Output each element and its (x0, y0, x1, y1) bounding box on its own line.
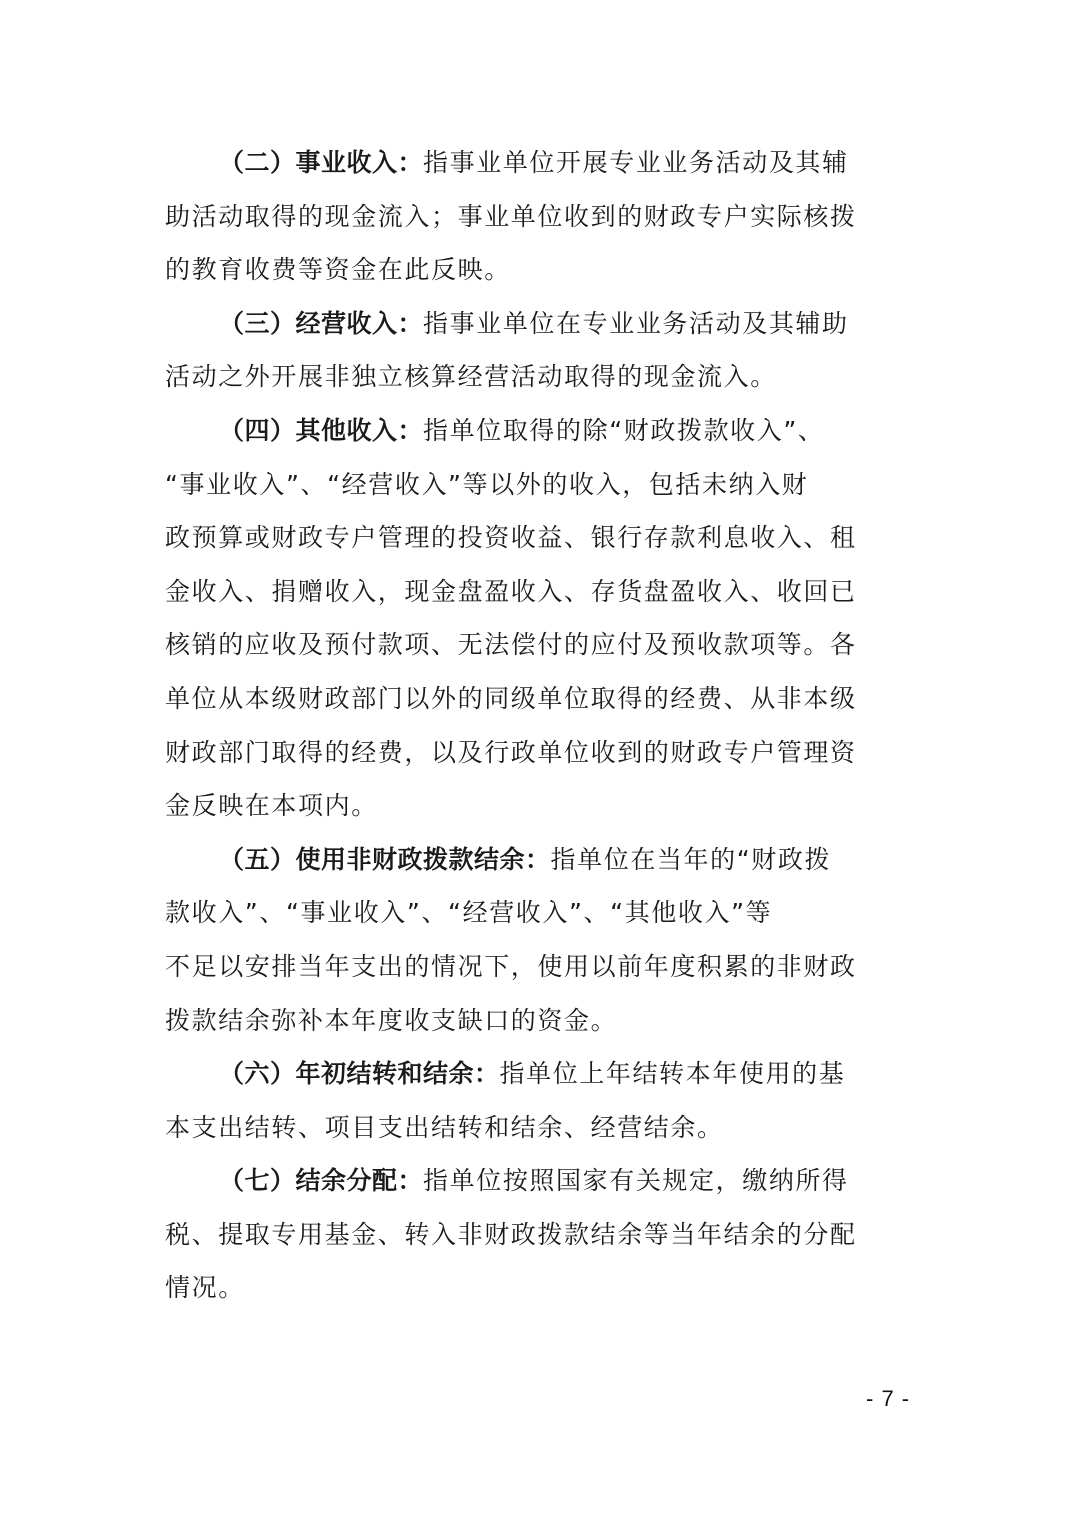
section-heading: （二）事业收入： (219, 148, 423, 177)
paragraph-line: 款收入”、“事业收入”、“经营收入”、“其他收入”等 (165, 886, 913, 940)
paragraph-line: 情况。 (165, 1261, 913, 1315)
section-heading: （三）经营收入： (219, 309, 423, 338)
paragraph-line: （五）使用非财政拨款结余：指单位在当年的“财政拨 (165, 833, 913, 887)
paragraph-line: （三）经营收入：指事业单位在专业业务活动及其辅助 (165, 297, 913, 351)
paragraph-line: “事业收入”、“经营收入”等以外的收入，包括未纳入财 (165, 458, 913, 512)
paragraph-line: 本支出结转、项目支出结转和结余、经营结余。 (165, 1101, 913, 1155)
paragraph-line: 拨款结余弥补本年度收支缺口的资金。 (165, 994, 913, 1048)
paragraph-line: 金反映在本项内。 (165, 779, 913, 833)
paragraph-text: 指单位上年结转本年使用的基 (500, 1059, 846, 1088)
section-heading: （五）使用非财政拨款结余： (219, 845, 551, 874)
paragraph-line: 活动之外开展非独立核算经营活动取得的现金流入。 (165, 350, 913, 404)
paragraph-line: （二）事业收入：指事业单位开展专业业务活动及其辅 (165, 136, 913, 190)
section-heading: （六）年初结转和结余： (219, 1059, 500, 1088)
paragraph-line: 助活动取得的现金流入；事业单位收到的财政专户实际核拨 (165, 190, 913, 244)
paragraph-text: 指单位在当年的“财政拨 (551, 845, 832, 874)
paragraph-line: （六）年初结转和结余：指单位上年结转本年使用的基 (165, 1047, 913, 1101)
paragraph-text: 指单位按照国家有关规定，缴纳所得 (423, 1166, 849, 1195)
page-number: - 7 - (866, 1386, 910, 1412)
document-page: （二）事业收入：指事业单位开展专业业务活动及其辅 助活动取得的现金流入；事业单位… (165, 136, 913, 1315)
paragraph-line: 核销的应收及预付款项、无法偿付的应付及预收款项等。各 (165, 618, 913, 672)
paragraph-line: （七）结余分配：指单位按照国家有关规定，缴纳所得 (165, 1154, 913, 1208)
paragraph-line: 金收入、捐赠收入，现金盘盈收入、存货盘盈收入、收回已 (165, 565, 913, 619)
paragraph-text: 指事业单位开展专业业务活动及其辅 (423, 148, 849, 177)
paragraph-text: 指单位取得的除“财政拨款收入”、 (423, 416, 825, 445)
section-heading: （四）其他收入： (219, 416, 423, 445)
paragraph-text: 指事业单位在专业业务活动及其辅助 (423, 309, 849, 338)
paragraph-line: 税、提取专用基金、转入非财政拨款结余等当年结余的分配 (165, 1208, 913, 1262)
paragraph-line: 单位从本级财政部门以外的同级单位取得的经费、从非本级 (165, 672, 913, 726)
section-heading: （七）结余分配： (219, 1166, 423, 1195)
paragraph-line: 的教育收费等资金在此反映。 (165, 243, 913, 297)
paragraph-line: （四）其他收入：指单位取得的除“财政拨款收入”、 (165, 404, 913, 458)
paragraph-line: 财政部门取得的经费，以及行政单位收到的财政专户管理资 (165, 726, 913, 780)
paragraph-line: 不足以安排当年支出的情况下，使用以前年度积累的非财政 (165, 940, 913, 994)
paragraph-line: 政预算或财政专户管理的投资收益、银行存款利息收入、租 (165, 511, 913, 565)
